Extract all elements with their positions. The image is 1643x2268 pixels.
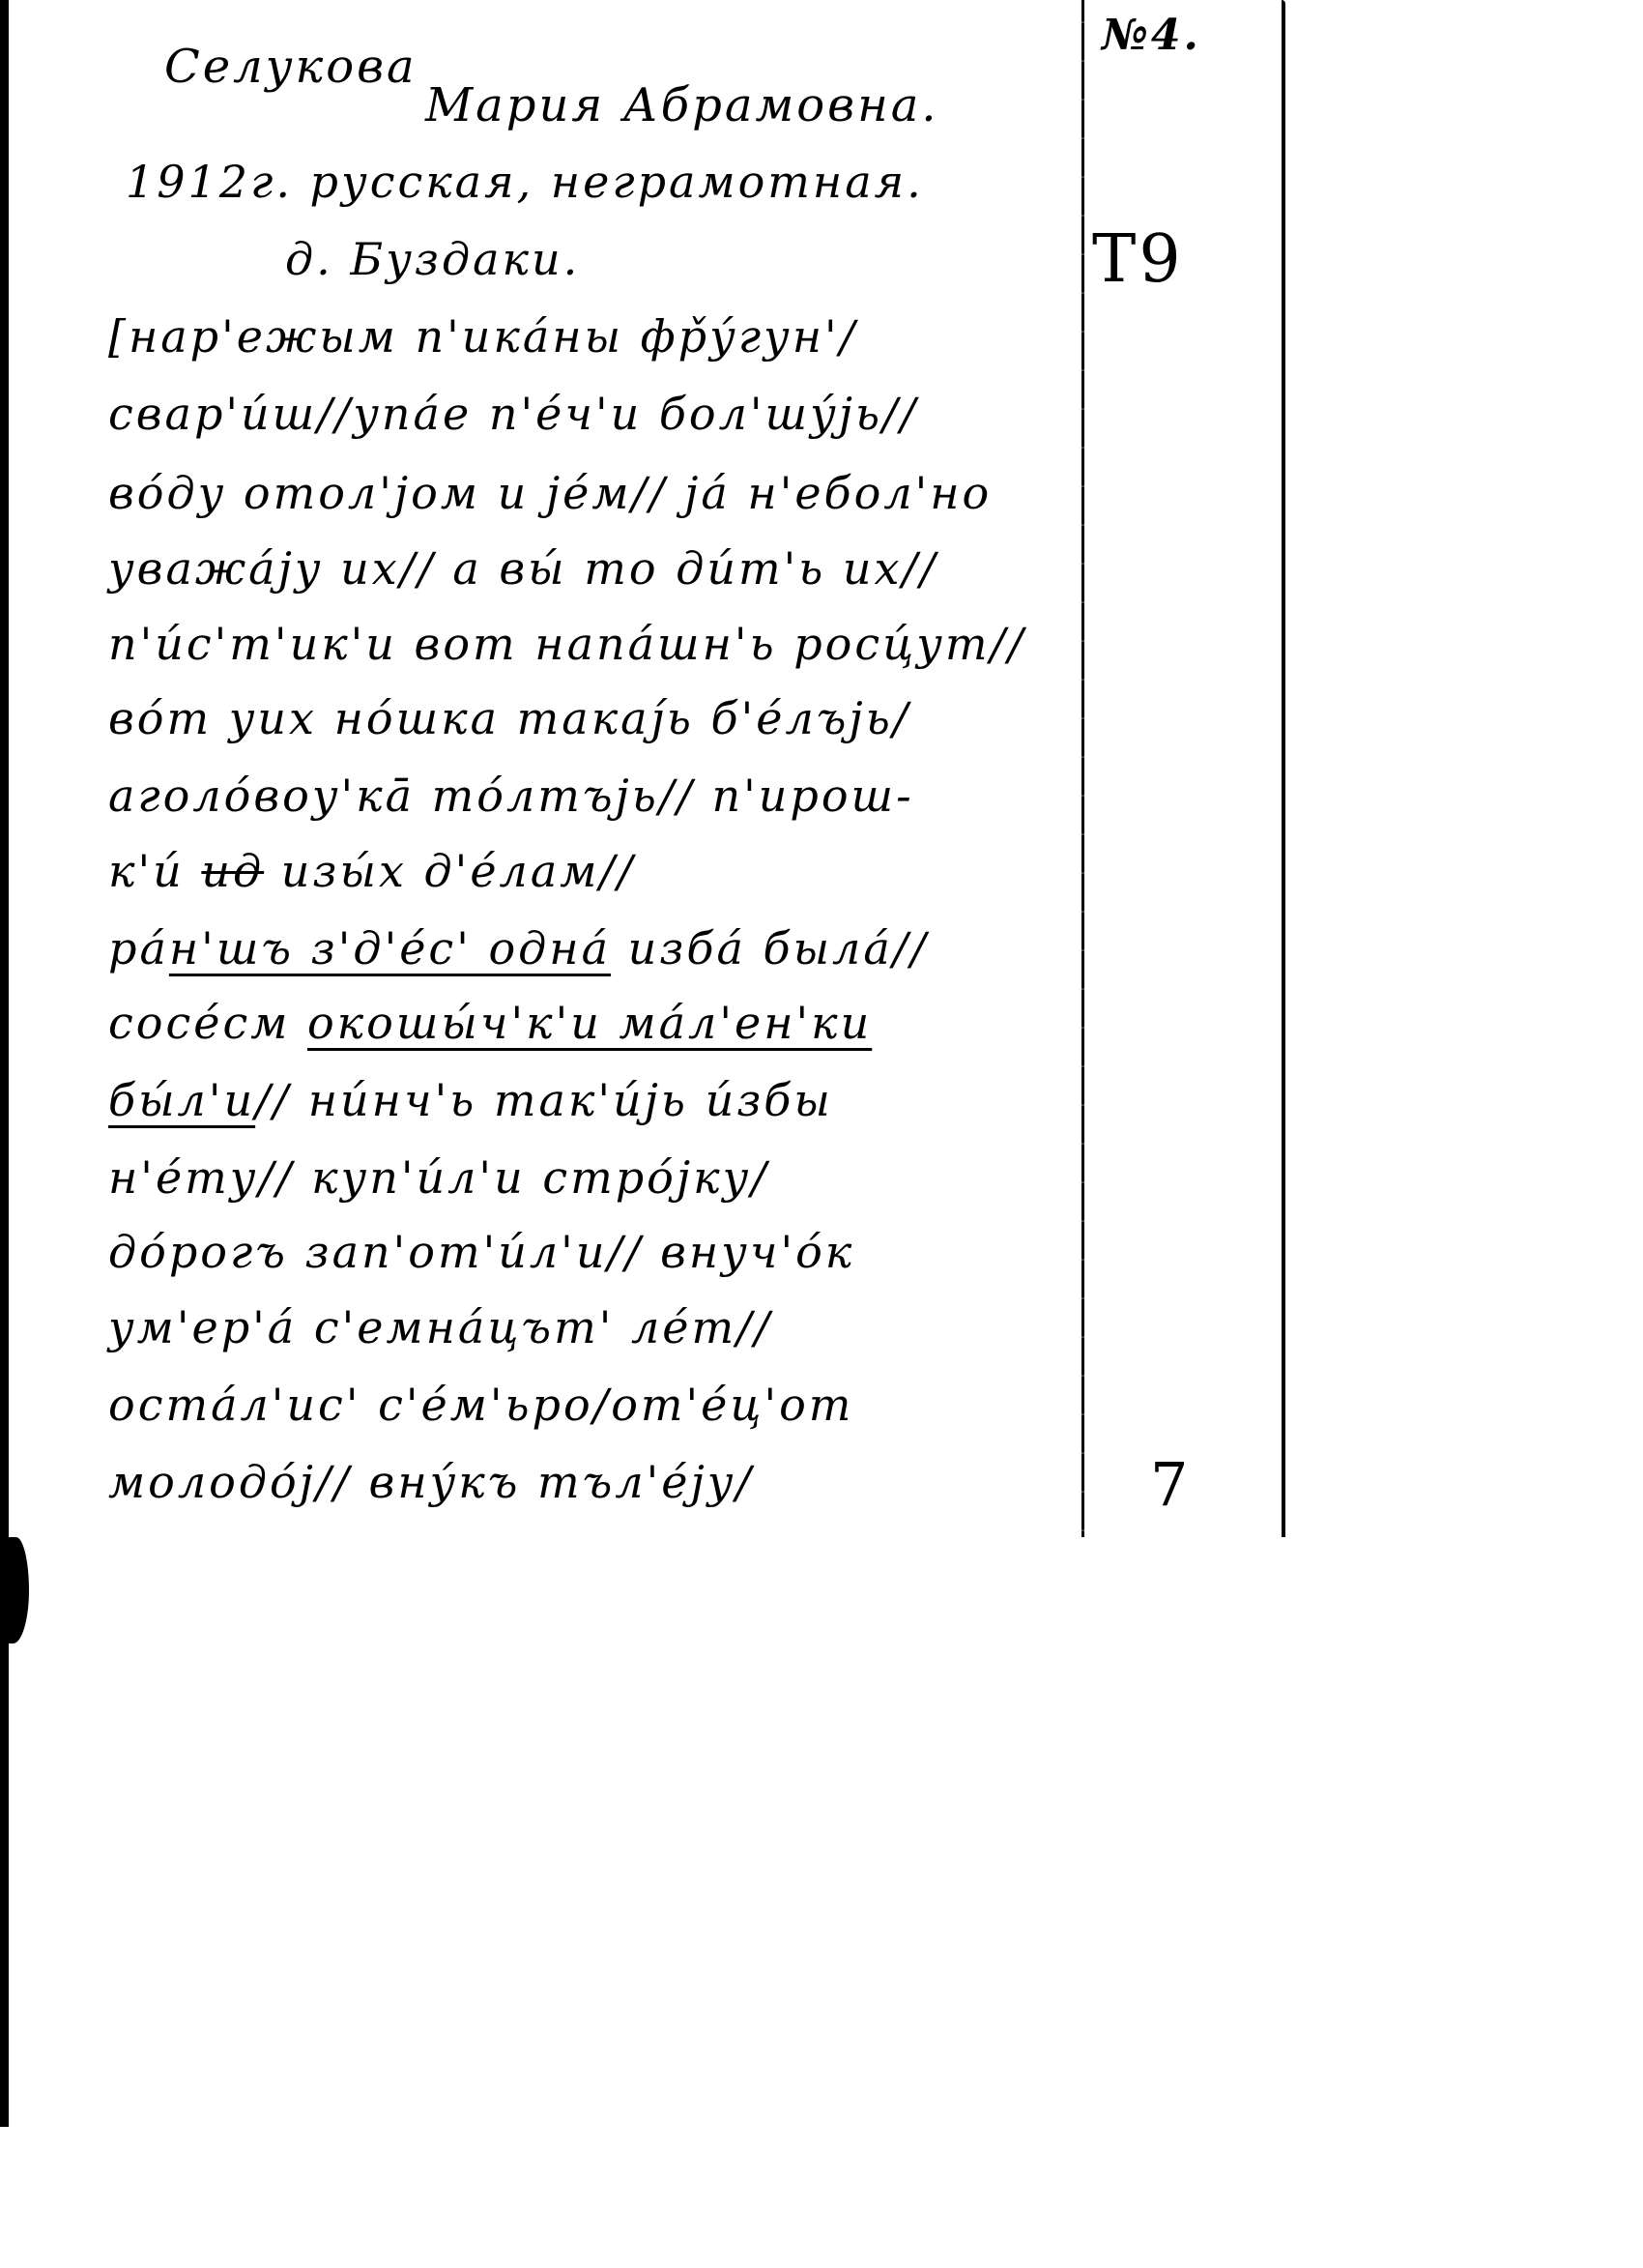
- record-number: №4.: [1102, 15, 1201, 57]
- underlined-phrase: окошы́ч'к'и ма́л'ен'ки: [307, 997, 872, 1049]
- transcript-line-14: ум'ер'а́ с'емна́цът' ле́т//: [108, 1305, 772, 1350]
- margin-rule-right: [1282, 0, 1285, 1537]
- page-number: 7: [1150, 1455, 1191, 1515]
- transcript-line-13: до́рогъ зап'от'и́л'и// внуч'о́к: [108, 1230, 854, 1274]
- line9-post: изба́ была́//: [611, 922, 929, 974]
- informant-village: д. Буздаки.: [285, 237, 580, 281]
- line9-pre: ра́: [108, 922, 169, 974]
- transcript-line-2: свар'и́ш//упа́е п'е́ч'и бол'шу́jь//: [108, 392, 918, 436]
- informant-name: Мария Абрамовна.: [425, 82, 939, 129]
- line8-prefix: к'и́: [108, 845, 201, 897]
- informant-info: 1912г. русская, неграмотная.: [126, 160, 924, 204]
- transcript-line-6: во́т уих но́шка такаj́ь б'е́лъjь/: [108, 696, 910, 741]
- line11-post: // ни́нч'ь так'и́jь и́збы: [255, 1074, 833, 1126]
- line8-suffix: изы́х д'е́лам//: [264, 845, 635, 897]
- ink-blot: [0, 1537, 29, 1643]
- binding-edge: [0, 0, 9, 2127]
- transcript-line-16: молодо́j// вну́къ тъл'е́jу/: [108, 1460, 754, 1504]
- transcript-line-15: оста́л'ис' с'е́м'ьро/от'е́ц'от: [108, 1382, 853, 1427]
- transcript-line-5: п'и́с'т'ик'и вот напа́шн'ь росц́ут//: [108, 622, 1026, 666]
- transcript-line-10: сосе́см окошы́ч'к'и ма́л'ен'ки: [108, 1001, 872, 1045]
- transcript-line-7: аголо́воу'ка̄ то́лтъjь// п'ирош-: [108, 773, 914, 818]
- transcript-line-4: уважа́jу их// а вы́ то ди́т'ь их//: [108, 546, 937, 591]
- scanned-page: Селукова Мария Абрамовна. 1912г. русская…: [0, 0, 1643, 2268]
- line10-pre: сосе́см: [108, 997, 307, 1049]
- underlined-word: бы́л'и: [108, 1074, 255, 1126]
- struck-word: ид: [201, 845, 264, 897]
- transcript-line-8: к'и́ ид изы́х д'е́лам//: [108, 849, 635, 893]
- transcript-line-12: н'е́ту// куп'и́л'и стро́jку/: [108, 1155, 769, 1200]
- transcript-line-3: во́ду отол'jом и jе́м// jа́ н'ебол'но: [108, 471, 992, 515]
- margin-code: Т9: [1092, 227, 1184, 293]
- margin-rule-left: [1081, 0, 1084, 1537]
- transcript-line-9: ра́н'шъ з'д'е́с' одна́ изба́ была́//: [108, 926, 929, 971]
- transcript-line-11: бы́л'и// ни́нч'ь так'и́jь и́збы: [108, 1078, 833, 1122]
- underlined-phrase: н'шъ з'д'е́с' одна́: [169, 922, 611, 974]
- informant-surname: Селукова: [164, 44, 418, 90]
- transcript-line-1: [нар'ежым п'ика́ны фр̌у́гун'/: [108, 314, 857, 359]
